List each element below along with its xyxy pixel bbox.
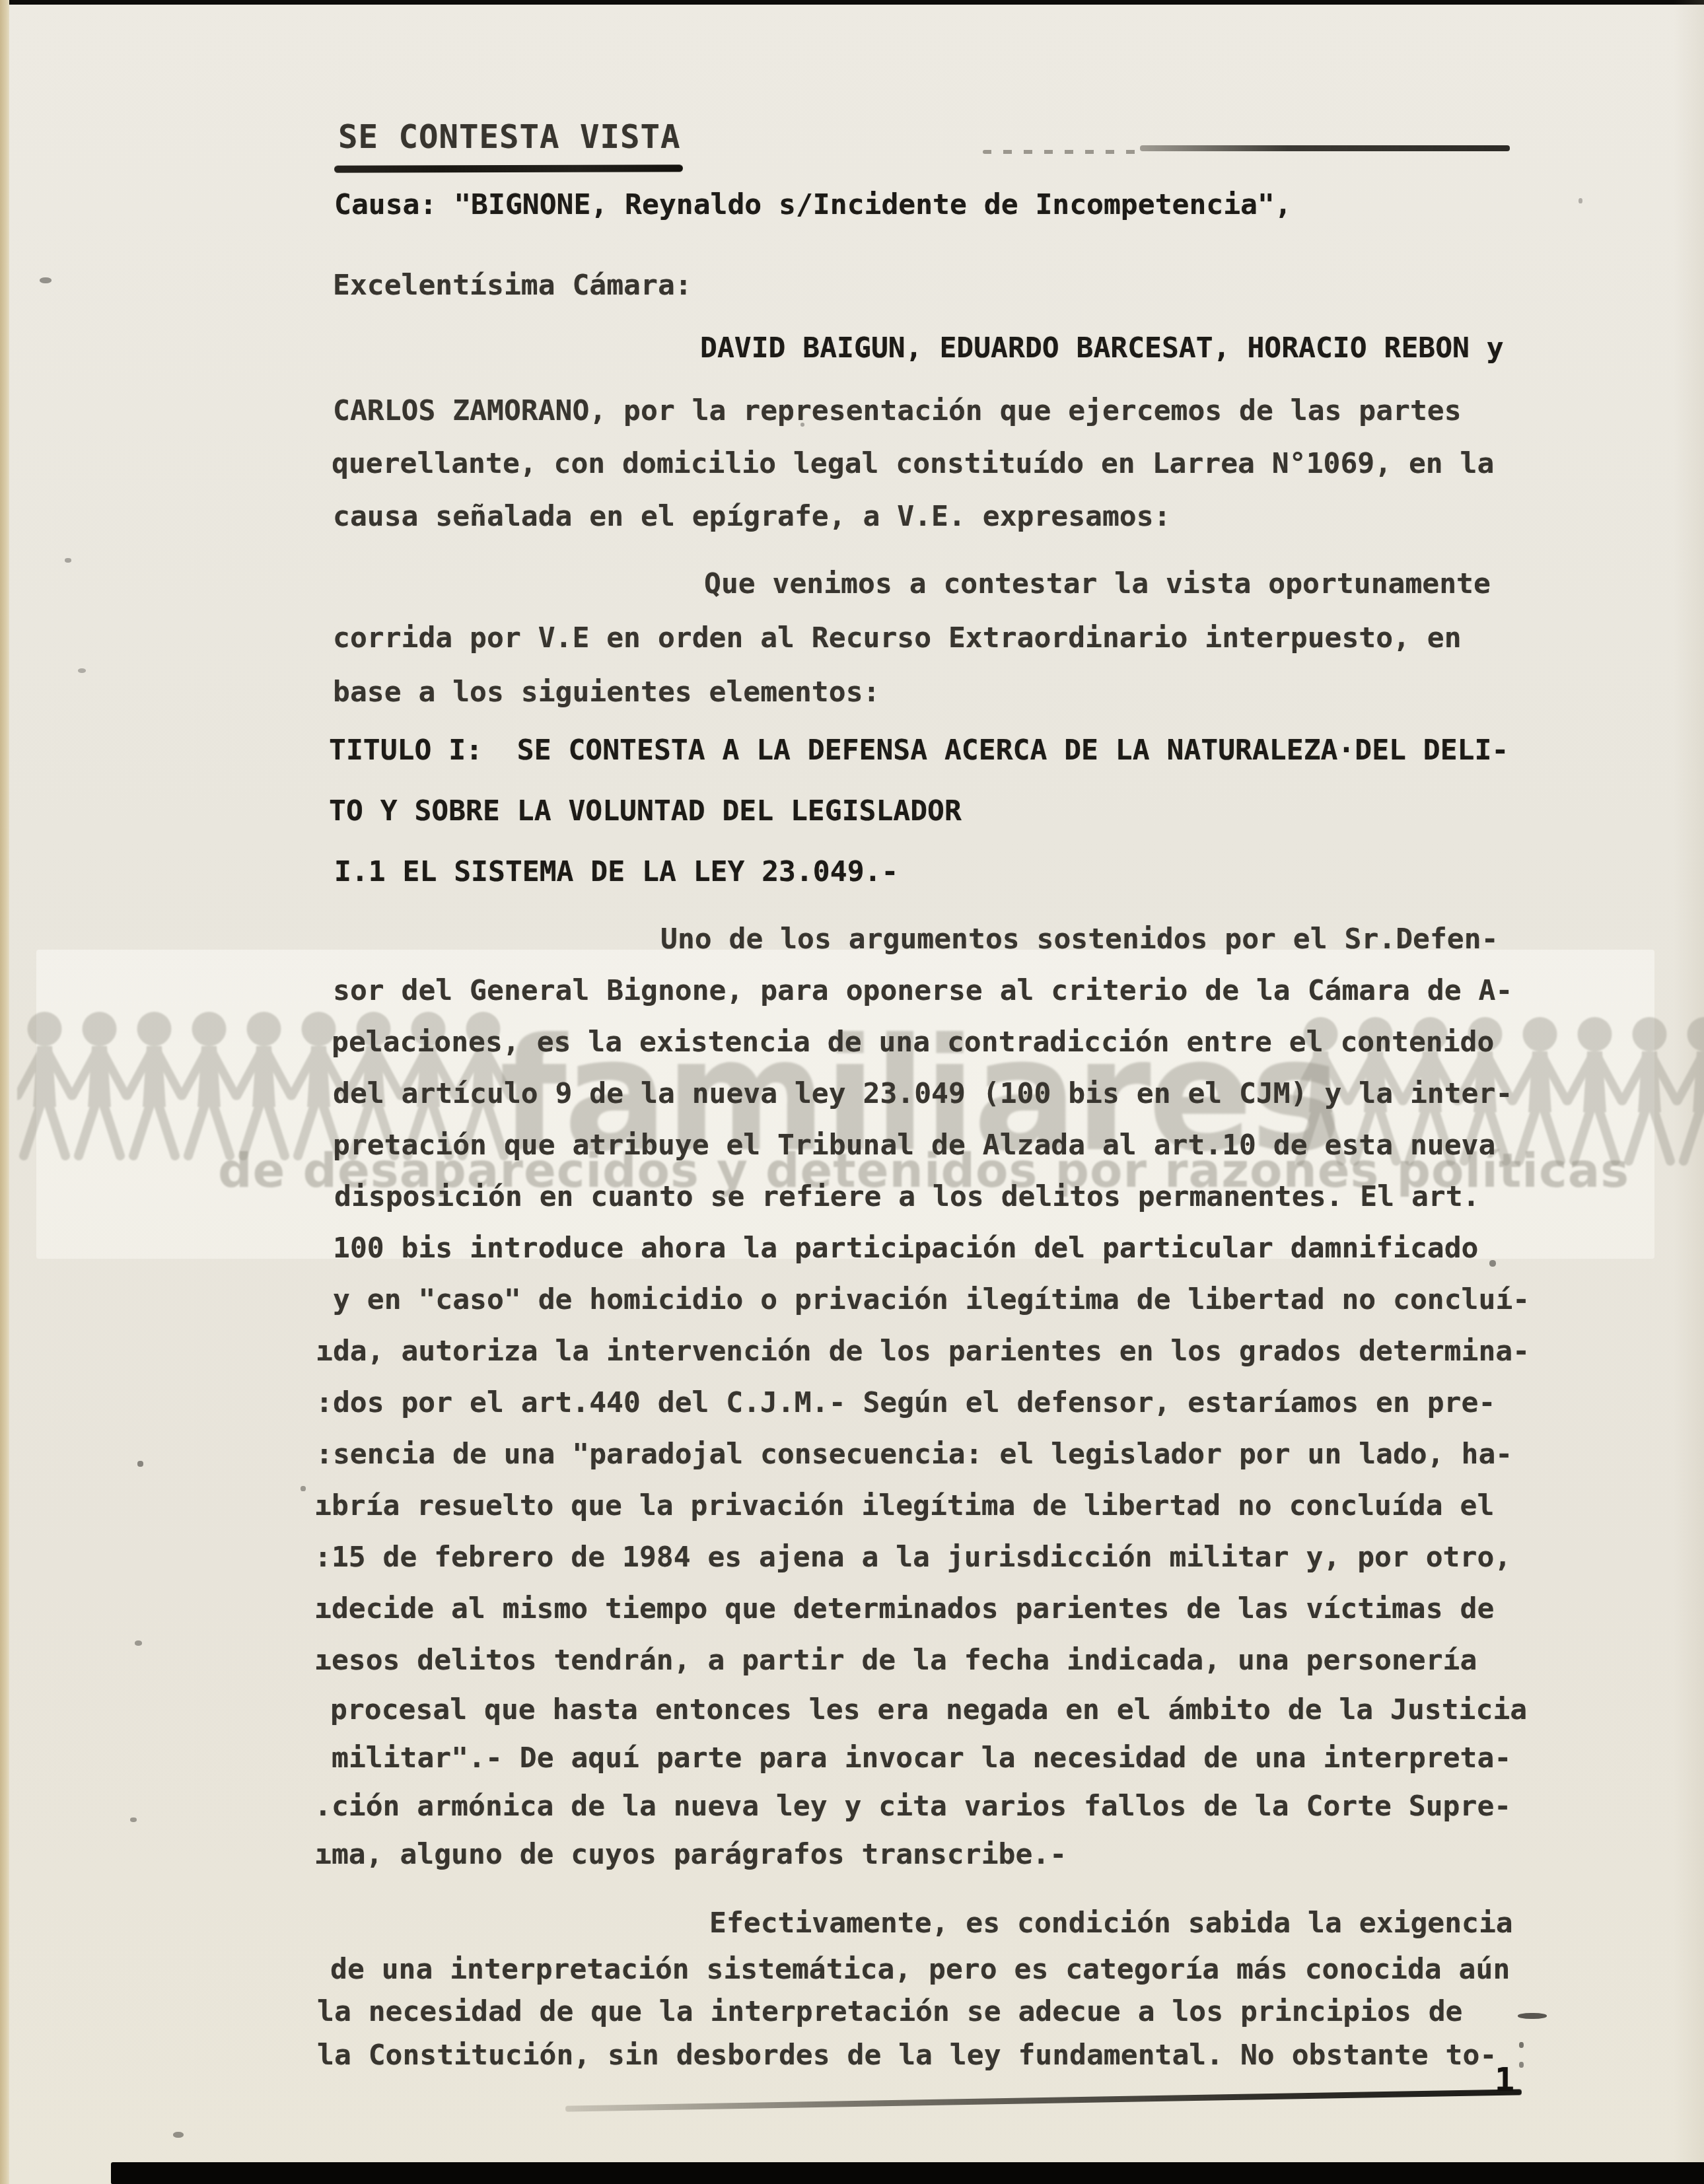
text-line: causa señalada en el epígrafe, a V.E. ex… xyxy=(333,501,1171,533)
text-line: militar".- De aquí parte para invocar la… xyxy=(332,1742,1511,1775)
text-line: ıda, autoriza la intervención de los par… xyxy=(316,1335,1530,1368)
text-line: la necesidad de que la interpretación se… xyxy=(317,1996,1463,2028)
text-line: CARLOS ZAMORANO, por la representación q… xyxy=(333,395,1462,427)
text-line: pretación que atribuye el Tribunal de Al… xyxy=(333,1129,1495,1162)
text-line: I.1 EL SISTEMA DE LA LEY 23.049.- xyxy=(334,856,898,888)
ink-speck xyxy=(301,1486,306,1491)
text-line: Excelentísima Cámara: xyxy=(333,269,692,302)
text-line: ıbría resuelto que la privación ilegítim… xyxy=(314,1490,1494,1522)
ink-speck xyxy=(40,277,52,283)
smudge-line-top xyxy=(1140,145,1510,151)
smudge-line-top-faint xyxy=(983,150,1143,154)
text-line: corrida por V.E en orden al Recurso Extr… xyxy=(333,622,1462,654)
text-line: la Constitución, sin desbordes de la ley… xyxy=(317,2039,1497,2072)
text-line: querellante, con domicilio legal constit… xyxy=(332,448,1494,480)
text-line: ıma, alguno de cuyos parágrafos transcri… xyxy=(314,1839,1067,1871)
scan-edge-left xyxy=(0,0,9,2184)
document-page: familiares de desaparecidos y detenidos … xyxy=(0,0,1704,2184)
ink-speck xyxy=(800,423,804,427)
text-line: Que venimos a contestar la vista oportun… xyxy=(704,568,1491,600)
text-line: ıdecide al mismo tiempo que determinados… xyxy=(314,1593,1494,1625)
ink-speck xyxy=(65,558,71,563)
ink-speck xyxy=(135,1640,142,1646)
text-line: del artículo 9 de la nueva ley 23.049 (1… xyxy=(333,1078,1512,1110)
text-line: 100 bis introduce ahora la participación… xyxy=(333,1232,1479,1265)
text-line: TO Y SOBRE LA VOLUNTAD DEL LEGISLADOR xyxy=(329,795,962,828)
ink-speck xyxy=(1579,198,1582,203)
ink-speck xyxy=(1489,1260,1496,1267)
ink-speck xyxy=(78,668,86,673)
text-line: ıesos delitos tendrán, a partir de la fe… xyxy=(314,1644,1477,1677)
page-number: 1 xyxy=(1495,2061,1514,2099)
scan-edge-bottom xyxy=(111,2162,1704,2184)
text-line: :sencia de una "paradojal consecuencia: … xyxy=(316,1438,1512,1471)
text-line: de una interpretación sistemática, pero … xyxy=(330,1954,1510,1986)
ink-speck xyxy=(1518,2013,1547,2019)
smudge-line-bottom xyxy=(565,2089,1522,2111)
scan-edge-top xyxy=(0,0,1704,5)
text-line: :15 de febrero de 1984 es ajena a la jur… xyxy=(314,1541,1511,1574)
text-line: TITULO I: SE CONTESTA A LA DEFENSA ACERC… xyxy=(329,734,1509,767)
ink-speck xyxy=(137,1461,143,1467)
text-line: pelaciones, es la existencia de una cont… xyxy=(332,1026,1494,1059)
text-line: y en "caso" de homicidio o privación ile… xyxy=(333,1284,1530,1316)
text-line: Uno de los argumentos sostenidos por el … xyxy=(660,923,1499,956)
text-line: procesal que hasta entonces les era nega… xyxy=(330,1694,1527,1726)
text-line: Efectivamente, es condición sabida la ex… xyxy=(709,1907,1513,1940)
ink-speck xyxy=(1519,2042,1524,2048)
ink-speck xyxy=(130,1817,137,1822)
text-line: base a los siguientes elementos: xyxy=(333,676,880,709)
title-underline xyxy=(334,164,683,172)
text-line: SE CONTESTA VISTA xyxy=(338,119,681,156)
text-line: sor del General Bignone, para oponerse a… xyxy=(333,975,1512,1007)
text-line: disposición en cuanto se refiere a los d… xyxy=(334,1181,1480,1213)
text-line: DAVID BAIGUN, EDUARDO BARCESAT, HORACIO … xyxy=(700,332,1504,365)
text-line: .ción armónica de la nueva ley y cita va… xyxy=(314,1790,1511,1823)
ink-speck xyxy=(1519,2062,1524,2068)
text-line: Causa: "BIGNONE, Reynaldo s/Incidente de… xyxy=(334,189,1292,221)
text-line: :dos por el art.440 del C.J.M.- Según el… xyxy=(316,1387,1495,1419)
ink-speck xyxy=(173,2132,184,2138)
